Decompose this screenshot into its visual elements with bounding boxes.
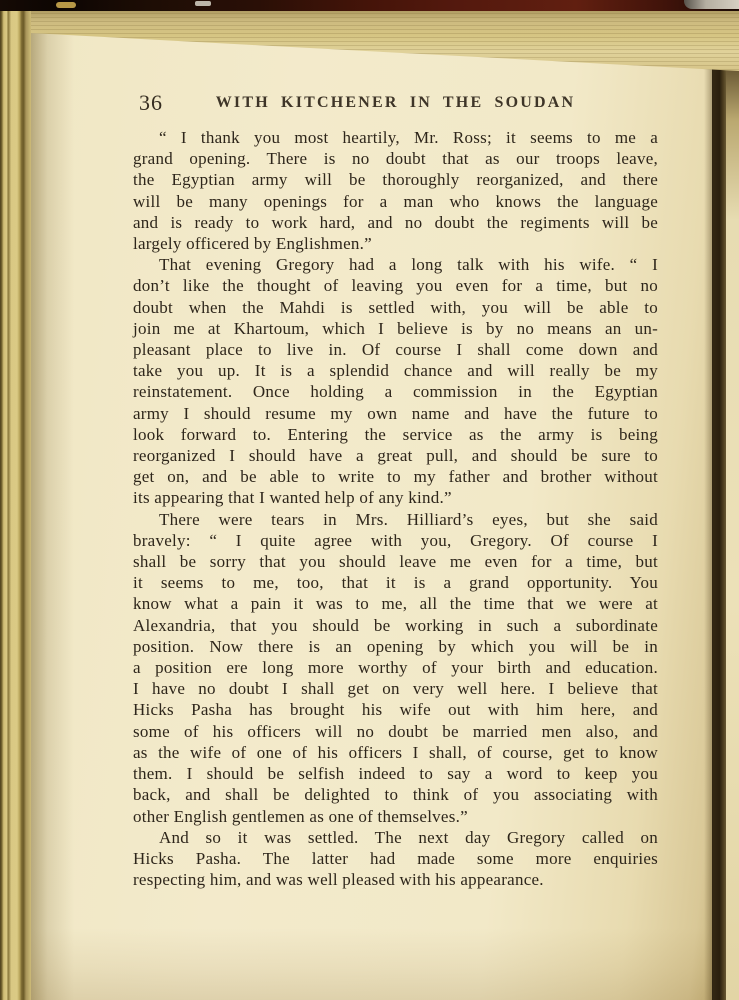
book-cover-top-edge xyxy=(0,0,739,11)
text-line: reorganized I should have a great pull, … xyxy=(133,445,658,466)
text-line: Hicks Pasha has brought his wife out wit… xyxy=(133,699,658,720)
text-line: There were tears in Mrs. Hilliard’s eyes… xyxy=(133,509,658,530)
book-photo: 36 WITH KITCHENER IN THE SOUDAN “ I than… xyxy=(0,0,739,1000)
page-header: 36 WITH KITCHENER IN THE SOUDAN xyxy=(133,90,658,116)
text-line: know what a pain it was to me, all the t… xyxy=(133,593,658,614)
book-page: 36 WITH KITCHENER IN THE SOUDAN “ I than… xyxy=(30,26,712,1000)
text-line: respecting him, and was well pleased wit… xyxy=(133,869,658,890)
paragraph: That evening Gregory had a long talk wit… xyxy=(133,254,658,508)
paragraph: “ I thank you most heartily, Mr. Ross; i… xyxy=(133,127,658,254)
text-line: bravely: “ I quite agree with you, Grego… xyxy=(133,530,658,551)
text-line: Alexandria, that you should be working i… xyxy=(133,615,658,636)
text-line: don’t like the thought of leaving you ev… xyxy=(133,275,658,296)
text-line: and is ready to work hard, and no doubt … xyxy=(133,212,658,233)
text-line: join me at Khartoum, which I believe is … xyxy=(133,318,658,339)
text-line: as the wife of one of his officers I sha… xyxy=(133,742,658,763)
text-line: take you up. It is a splendid chance and… xyxy=(133,360,658,381)
text-line: some of his officers will no doubt be ma… xyxy=(133,721,658,742)
text-line: look forward to. Entering the service as… xyxy=(133,424,658,445)
text-line: shall be sorry that you should leave me … xyxy=(133,551,658,572)
page-edges-left xyxy=(0,0,31,1000)
text-line: “ I thank you most heartily, Mr. Ross; i… xyxy=(133,127,658,148)
page-edge-gap xyxy=(704,0,728,1000)
text-line: That evening Gregory had a long talk wit… xyxy=(133,254,658,275)
text-line: its appearing that I wanted help of any … xyxy=(133,487,658,508)
text-line: largely officered by Englishmen.” xyxy=(133,233,658,254)
paragraph: There were tears in Mrs. Hilliard’s eyes… xyxy=(133,509,658,827)
text-line: Hicks Pasha. The latter had made some mo… xyxy=(133,848,658,869)
adjacent-page-edge xyxy=(726,0,739,1000)
text-line: grand opening. There is no doubt that as… xyxy=(133,148,658,169)
cover-highlight xyxy=(684,0,739,9)
text-line: other English gentlemen as one of themse… xyxy=(133,806,658,827)
text-line: reinstatement. Once holding a commission… xyxy=(133,381,658,402)
running-title: WITH KITCHENER IN THE SOUDAN xyxy=(133,94,658,112)
paragraph: And so it was settled. The next day Greg… xyxy=(133,827,658,891)
text-line: position. Now there is an opening by whi… xyxy=(133,636,658,657)
text-line: a position ere long more worthy of your … xyxy=(133,657,658,678)
text-line: get on, and be able to write to my fathe… xyxy=(133,466,658,487)
cover-gold-speck xyxy=(56,2,76,8)
cover-white-speck xyxy=(195,1,211,6)
text-line: it seems to me, too, that it is a grand … xyxy=(133,572,658,593)
text-line: army I should resume my own name and hav… xyxy=(133,403,658,424)
text-line: doubt when the Mahdi is settled with, yo… xyxy=(133,297,658,318)
page-text: “ I thank you most heartily, Mr. Ross; i… xyxy=(133,127,658,890)
text-line: And so it was settled. The next day Greg… xyxy=(133,827,658,848)
text-line: pleasant place to live in. Of course I s… xyxy=(133,339,658,360)
text-line: I have no doubt I shall get on very well… xyxy=(133,678,658,699)
text-line: will be many openings for a man who know… xyxy=(133,191,658,212)
text-line: back, and shall be delighted to think of… xyxy=(133,784,658,805)
text-line: the Egyptian army will be thoroughly reo… xyxy=(133,169,658,190)
text-line: them. I should be selfish indeed to say … xyxy=(133,763,658,784)
